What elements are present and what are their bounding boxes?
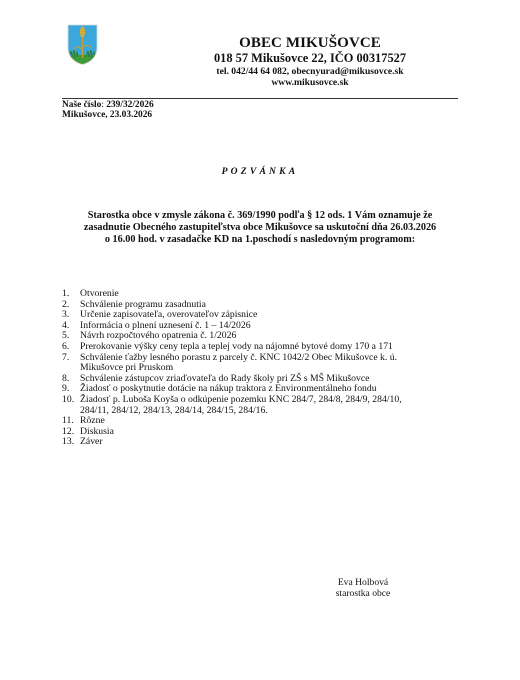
agenda-item: 1.Otvorenie xyxy=(62,289,462,300)
agenda-item-number: 6. xyxy=(62,342,69,353)
agenda-item: 10.Žiadosť p. Luboša Koyša o odkúpenie p… xyxy=(62,395,462,416)
agenda-item: 13.Záver xyxy=(62,437,462,448)
reference-number-label: Naše číslo xyxy=(62,100,101,110)
agenda-item-text: Rôzne xyxy=(80,416,462,427)
agenda-item: 12.Diskusia xyxy=(62,427,462,438)
intro-line: o 16.00 hod. v zasadačke KD na 1.poschod… xyxy=(60,234,460,246)
municipality-address: 018 57 Mikušovce 22, IČO 00317527 xyxy=(160,51,460,66)
place-date: Mikušovce, 23.03.2026 xyxy=(62,110,152,120)
agenda-item-number: 10. xyxy=(62,395,74,406)
agenda-item-text: Prerokovanie výšky ceny tepla a teplej v… xyxy=(80,342,462,353)
municipality-website: www.mikusovce.sk xyxy=(160,77,460,88)
signatory-role: starostka obce xyxy=(318,588,408,599)
header-divider xyxy=(62,98,458,99)
reference-number: Naše číslo: 239/32/2026 xyxy=(62,100,154,110)
reference-number-value: 239/32/2026 xyxy=(106,100,153,110)
agenda-item-number: 1. xyxy=(62,289,69,300)
agenda-item: 11.Rôzne xyxy=(62,416,462,427)
agenda-item-text: Diskusia xyxy=(80,427,462,438)
document-title: POZVÁNKA xyxy=(0,166,520,177)
agenda-item-number: 13. xyxy=(62,437,74,448)
agenda-item: 6.Prerokovanie výšky ceny tepla a teplej… xyxy=(62,342,462,353)
signatory-name: Eva Holbová xyxy=(318,577,408,588)
agenda-item-text: 284/11, 284/12, 284/13, 284/14, 284/15, … xyxy=(80,406,462,417)
agenda-item-text: Žiadosť p. Luboša Koyša o odkúpenie poze… xyxy=(80,395,462,406)
coat-of-arms-wheat-icon xyxy=(67,24,98,65)
municipality-contact: tel. 042/44 64 082, obecnyurad@mikusovce… xyxy=(160,66,460,77)
intro-line: Starostka obce v zmysle zákona č. 369/19… xyxy=(60,210,460,222)
municipality-name: OBEC MIKUŠOVCE xyxy=(160,35,460,52)
intro-line: zasadnutie Obecného zastupiteľstva obce … xyxy=(60,222,460,234)
agenda-item: 7.Schválenie ťažby lesného porastu z par… xyxy=(62,353,462,374)
agenda-item-text: Záver xyxy=(80,437,462,448)
agenda-item-text: Otvorenie xyxy=(80,289,462,300)
agenda-item-number: 7. xyxy=(62,353,69,364)
agenda-list: 1.Otvorenie2.Schválenie programu zasadnu… xyxy=(62,289,462,448)
intro-paragraph: Starostka obce v zmysle zákona č. 369/19… xyxy=(60,210,460,247)
